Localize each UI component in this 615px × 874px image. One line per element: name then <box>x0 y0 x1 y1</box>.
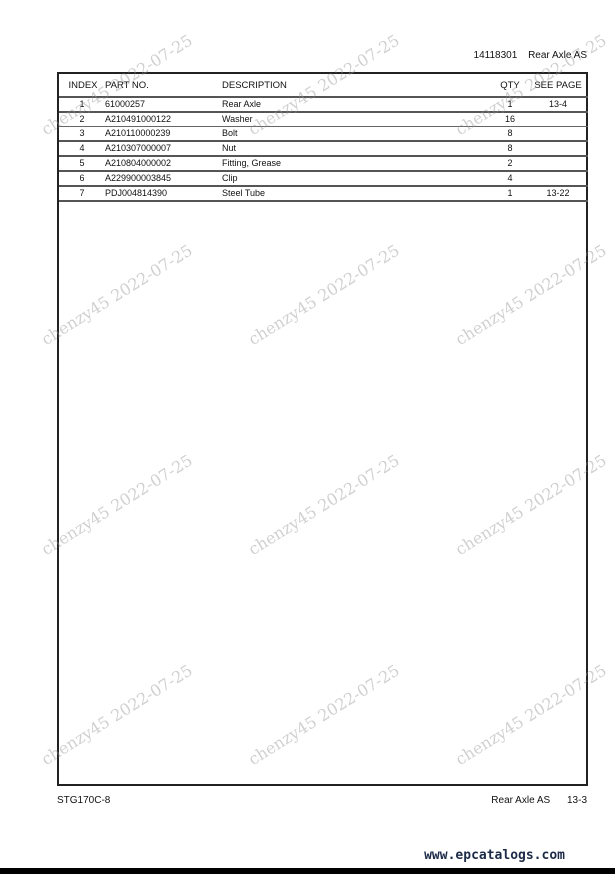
cell-description: Steel Tube <box>222 186 492 201</box>
cell-see-page <box>528 171 588 186</box>
table-row: 7PDJ004814390Steel Tube113-22 <box>59 186 588 201</box>
table-row: 2A210491000122Washer16 <box>59 112 588 127</box>
cell-description: Clip <box>222 171 492 186</box>
cell-index: 7 <box>59 186 105 201</box>
cell-qty: 1 <box>492 97 528 112</box>
cell-qty: 8 <box>492 141 528 156</box>
table-header-row: INDEX PART NO. DESCRIPTION QTY SEE PAGE <box>59 74 588 97</box>
site-url-link[interactable]: www.epcatalogs.com <box>424 848 565 863</box>
column-header-part-no: PART NO. <box>105 74 222 97</box>
cell-index: 5 <box>59 156 105 171</box>
cell-see-page <box>528 141 588 156</box>
cell-index: 1 <box>59 97 105 112</box>
cell-index: 6 <box>59 171 105 186</box>
footer-model: STG170C-8 <box>57 795 110 806</box>
column-header-see-page: SEE PAGE <box>528 74 588 97</box>
group-number: 14118301 <box>474 50 518 61</box>
cell-part-no: A210804000002 <box>105 156 222 171</box>
table-row: 6A229900003845Clip4 <box>59 171 588 186</box>
cell-qty: 4 <box>492 171 528 186</box>
cell-description: Washer <box>222 112 492 127</box>
cell-part-no: A210307000007 <box>105 141 222 156</box>
cell-see-page <box>528 127 588 142</box>
cell-part-no: 61000257 <box>105 97 222 112</box>
cell-see-page <box>528 156 588 171</box>
cell-qty: 1 <box>492 186 528 201</box>
footer-section-title: Rear Axle AS <box>491 795 550 806</box>
footer-page-number: 13-3 <box>567 795 587 806</box>
cell-part-no: A210110000239 <box>105 127 222 142</box>
cell-qty: 8 <box>492 127 528 142</box>
cell-see-page <box>528 112 588 127</box>
cell-see-page: 13-4 <box>528 97 588 112</box>
cell-see-page: 13-22 <box>528 186 588 201</box>
cell-part-no: A210491000122 <box>105 112 222 127</box>
cell-description: Bolt <box>222 127 492 142</box>
bottom-bar <box>0 868 615 874</box>
cell-description: Nut <box>222 141 492 156</box>
cell-description: Fitting, Grease <box>222 156 492 171</box>
parts-table: INDEX PART NO. DESCRIPTION QTY SEE PAGE … <box>59 74 588 202</box>
page-footer: Rear Axle AS 13-3 <box>491 795 587 806</box>
cell-part-no: PDJ004814390 <box>105 186 222 201</box>
table-row: 161000257Rear Axle113-4 <box>59 97 588 112</box>
cell-description: Rear Axle <box>222 97 492 112</box>
cell-index: 2 <box>59 112 105 127</box>
table-row: 4A210307000007Nut8 <box>59 141 588 156</box>
page-header: 14118301 Rear Axle AS <box>474 50 587 61</box>
table-row: 3A210110000239Bolt8 <box>59 127 588 142</box>
column-header-qty: QTY <box>492 74 528 97</box>
cell-qty: 16 <box>492 112 528 127</box>
group-title: Rear Axle AS <box>528 50 587 61</box>
cell-index: 4 <box>59 141 105 156</box>
cell-part-no: A229900003845 <box>105 171 222 186</box>
parts-list-frame: INDEX PART NO. DESCRIPTION QTY SEE PAGE … <box>57 72 588 786</box>
table-row: 5A210804000002Fitting, Grease2 <box>59 156 588 171</box>
column-header-description: DESCRIPTION <box>222 74 492 97</box>
column-header-index: INDEX <box>59 74 105 97</box>
cell-index: 3 <box>59 127 105 142</box>
cell-qty: 2 <box>492 156 528 171</box>
